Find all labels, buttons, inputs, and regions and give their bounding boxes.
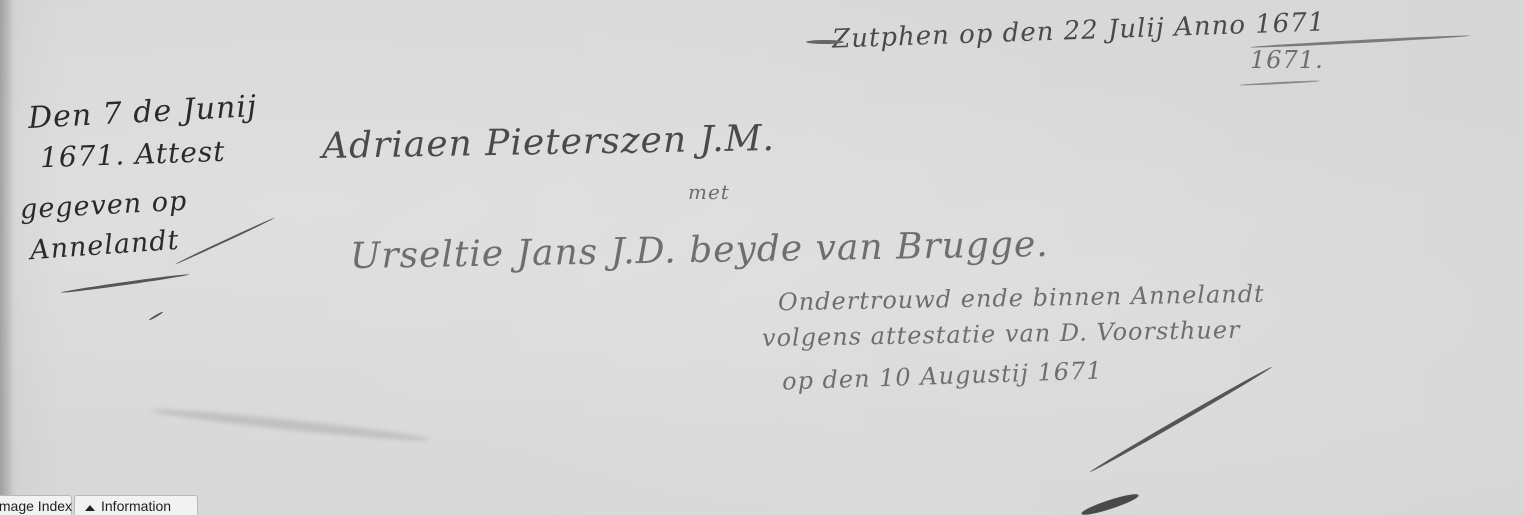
margin-note-line-4: Annelandt: [29, 225, 180, 266]
margin-flourish-1: [60, 273, 189, 294]
pen-stroke-bottom: [1089, 365, 1273, 473]
margin-note-line-2: 1671. Attest: [39, 135, 226, 174]
entry-groom: Adriaen Pieterszen J.M.: [322, 118, 776, 167]
viewer-tab-bar: Image Index Information: [0, 495, 198, 515]
margin-flourish-2: [175, 217, 276, 265]
margin-note-line-3: gegeven op: [19, 186, 188, 226]
caret-up-icon: [85, 505, 95, 511]
annotation-line-2: volgens attestatie van D. Voorsthuer: [762, 316, 1241, 352]
margin-note-line-1: Den 7 de Junij: [27, 89, 258, 136]
document-image-viewer[interactable]: Zutphen op den 22 Julij Anno 1671 1671. …: [0, 0, 1524, 515]
scanned-register-page: Zutphen op den 22 Julij Anno 1671 1671. …: [0, 0, 1524, 515]
entry-bride: Urseltie Jans J.D. beyde van Brugge.: [350, 224, 1049, 277]
entry-connector: met: [688, 180, 730, 204]
header-start-flourish: [806, 40, 844, 44]
header-note-line-2: 1671.: [1250, 46, 1324, 74]
margin-flourish-3: [149, 311, 164, 321]
smudge-lower-left: [150, 405, 430, 444]
paper-edge-shadow-left: [0, 0, 14, 515]
tab-image-index[interactable]: Image Index: [0, 495, 72, 515]
tab-information[interactable]: Information: [74, 495, 198, 515]
annotation-line-1: Ondertrouwd ende binnen Annelandt: [778, 280, 1265, 316]
annotation-line-3: op den 10 Augustij 1671: [782, 356, 1103, 395]
tab-information-label: Information: [101, 498, 171, 514]
tab-image-index-label: Image Index: [0, 498, 72, 514]
pen-stroke-bottom-tail: [1080, 491, 1140, 515]
header-year-underline: [1240, 80, 1320, 86]
